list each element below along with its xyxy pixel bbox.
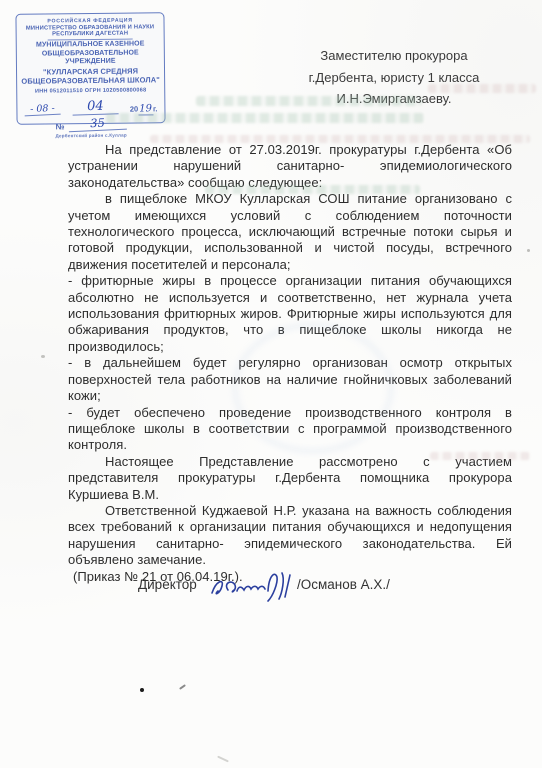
stamp-date-month-handwritten: 04 xyxy=(72,98,118,115)
stamp-org-line2: ОБЩЕОБРАЗОВАТЕЛЬНОЕ УЧРЕЖДЕНИЕ xyxy=(17,49,164,68)
signature-title: Директор xyxy=(138,577,197,592)
scan-speck xyxy=(41,355,45,358)
scan-speck xyxy=(217,756,229,763)
paragraph-frying-fats: - фритюрные жиры в процессе организации … xyxy=(68,273,512,355)
paragraph-preamble: На представление от 27.03.2019г. прокура… xyxy=(68,142,512,191)
recipient-block: Заместителю прокурора г.Дербента, юристу… xyxy=(294,45,494,110)
scanned-letter-page: РОССИЙСКАЯ ФЕДЕРАЦИЯ МИНИСТЕРСТВО ОБРАЗО… xyxy=(0,0,542,768)
paragraph-skin-checks: - в дальнейшем будет регулярно организов… xyxy=(68,355,512,404)
stamp-number-row: № 35 xyxy=(18,116,165,132)
stamp-ministry-line2: РЕСПУБЛИКИ ДАГЕСТАН xyxy=(17,31,164,39)
stamp-year-handwritten: 19 xyxy=(138,103,153,115)
director-signature-ink xyxy=(208,563,303,615)
stamp-org-line1: МУНИЦИПАЛЬНОЕ КАЗЕННОЕ xyxy=(17,40,164,50)
stamp-year-suffix: г. xyxy=(153,104,158,113)
stamp-date-day-handwritten: - 08 - xyxy=(24,103,61,117)
scan-speck xyxy=(527,249,530,252)
stamp-number-label: № xyxy=(56,122,65,131)
recipient-line2: г.Дербента, юристу 1 класса xyxy=(294,67,494,89)
stamp-number-handwritten: 35 xyxy=(68,114,127,132)
signature-name: /Османов А.Х./ xyxy=(297,577,390,592)
stamp-date-year: 2019г. xyxy=(130,103,158,114)
paragraph-review: Настоящее Представление рассмотрено с уч… xyxy=(68,454,512,503)
letter-body: На представление от 27.03.2019г. прокура… xyxy=(68,142,512,585)
recipient-line1: Заместителю прокурора xyxy=(294,45,494,67)
scan-speck xyxy=(179,684,186,690)
paragraph-canteen: в пищеблоке МКОУ Кулларская СОШ питание … xyxy=(68,191,512,273)
registration-stamp: РОССИЙСКАЯ ФЕДЕРАЦИЯ МИНИСТЕРСТВО ОБРАЗО… xyxy=(15,12,165,125)
stamp-inn-ogrn: ИНН 0512011510 ОГРН 1020500800068 xyxy=(17,87,164,96)
scan-speck xyxy=(140,688,144,692)
stamp-date-row: - 08 - 04 2019г. xyxy=(24,99,157,115)
stamp-org-line4: ОБЩЕОБРАЗОВАТЕЛЬНАЯ ШКОЛА" xyxy=(17,75,164,86)
recipient-line3: И.Н.Эмиргамзаеву. xyxy=(294,88,494,110)
stamp-footer: Дербентский район с.Куллар xyxy=(18,132,165,139)
paragraph-production-control: - будет обеспечено проведение производст… xyxy=(68,405,512,454)
paragraph-responsible: Ответственной Куджаевой Н.Р. указана на … xyxy=(68,503,512,569)
stamp-year-printed: 20 xyxy=(130,104,138,113)
